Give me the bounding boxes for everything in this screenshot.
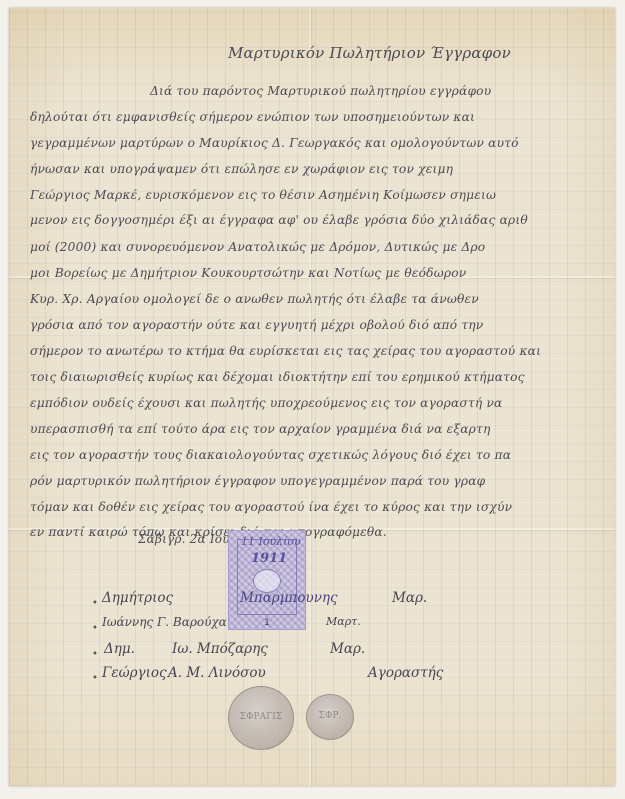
body-line: τόμαν και δοθέν εις χείρας του αγοραστού… — [30, 500, 512, 514]
bullet-icon: • — [92, 673, 98, 684]
body-line: εμπόδιον ουδείς έχουσι και πωλητής υποχρ… — [30, 396, 503, 410]
signature-surname: Μπαρμπουνης — [240, 590, 338, 606]
body-line: υπερασπισθή τα επί τούτο άρα εις τον αρχ… — [30, 422, 490, 436]
body-line: Κυρ. Χρ. Αργαίου ομολογεί δε ο ανωθεν πω… — [30, 292, 479, 306]
body-line: ρόν μαρτυρικόν πωλητήριον έγγραφον υπογε… — [30, 474, 485, 488]
stamp-value: 1 — [229, 618, 305, 628]
body-line: τοις διαιωρισθείς κυρίως και δέχομαι ιδι… — [30, 370, 525, 384]
bullet-icon: • — [92, 623, 98, 634]
signature-surname: Α. Μ. Λινόσου — [168, 665, 266, 681]
body-line: γρόσια από τον αγοραστήν ούτε και εγγυητ… — [30, 318, 483, 332]
revenue-stamp: 1 11 Ιουλίου 1911 — [228, 530, 306, 630]
body-line: δηλούται ότι εμφανισθείς σήμερον ενώπιον… — [30, 110, 475, 124]
bullet-icon: • — [92, 649, 98, 660]
signature-surname: Ιω. Μπόζαρης — [172, 641, 268, 657]
wax-seal-left: ΣΦΡΑΓΙΣ — [228, 686, 294, 750]
seal-inscription: ΣΦΡΑΓΙΣ — [229, 687, 293, 749]
body-line: σήμερον το ανωτέρω το κτήμα θα ευρίσκετα… — [30, 344, 541, 358]
body-line: εις τον αγοραστήν τους διακαιολογούντας … — [30, 448, 511, 462]
seal-inscription: ΣΦΡ. — [307, 695, 353, 739]
signature-role: Μαρ. — [392, 590, 427, 606]
date-place: Σάβιγρ. 2α Ιουν. — [138, 532, 241, 546]
wax-seal-right: ΣΦΡ. — [306, 694, 354, 740]
bullet-icon: • — [92, 598, 98, 609]
body-line: ήνωσαν και υπογράψαμεν ότι επώλησε εν χω… — [30, 162, 453, 176]
signature-role: Αγοραστής — [368, 665, 443, 681]
document-title: Μαρτυρικόν Πωλητήριον Έγγραφον — [228, 44, 511, 62]
signature-name: Δημήτριος — [102, 590, 173, 606]
body-line: μενον εις δογγοσημέρι έξι αι έγγραφα αφ'… — [30, 213, 528, 227]
stamp-cancellation-year: 1911 — [251, 551, 287, 566]
stamp-cancellation-date: 11 Ιουλίου — [241, 535, 301, 548]
body-line: μοι Βορείως με Δημήτριον Κουκουρτσώτην κ… — [30, 266, 466, 280]
signature-role: Μαρ. — [330, 641, 365, 657]
signature-name: Δημ. — [104, 641, 135, 657]
body-line: μοί (2000) και συνορευόμενον Ανατολικώς … — [30, 240, 485, 254]
signature-name: Γεώργιος — [102, 665, 167, 681]
signature-name: Ιωάννης Γ. Βαρούχα — [102, 615, 227, 629]
body-line: Γεώργιος Μαρκέ, ευρισκόμενον εις το θέσι… — [30, 188, 496, 202]
signature-role: Μαρτ. — [326, 615, 361, 628]
body-line: γεγραμμένων μαρτύρων ο Μαυρίκιος Δ. Γεωρ… — [30, 136, 519, 150]
body-line: Διά του παρόντος Μαρτυρικού πωλητηρίου ε… — [150, 84, 491, 98]
